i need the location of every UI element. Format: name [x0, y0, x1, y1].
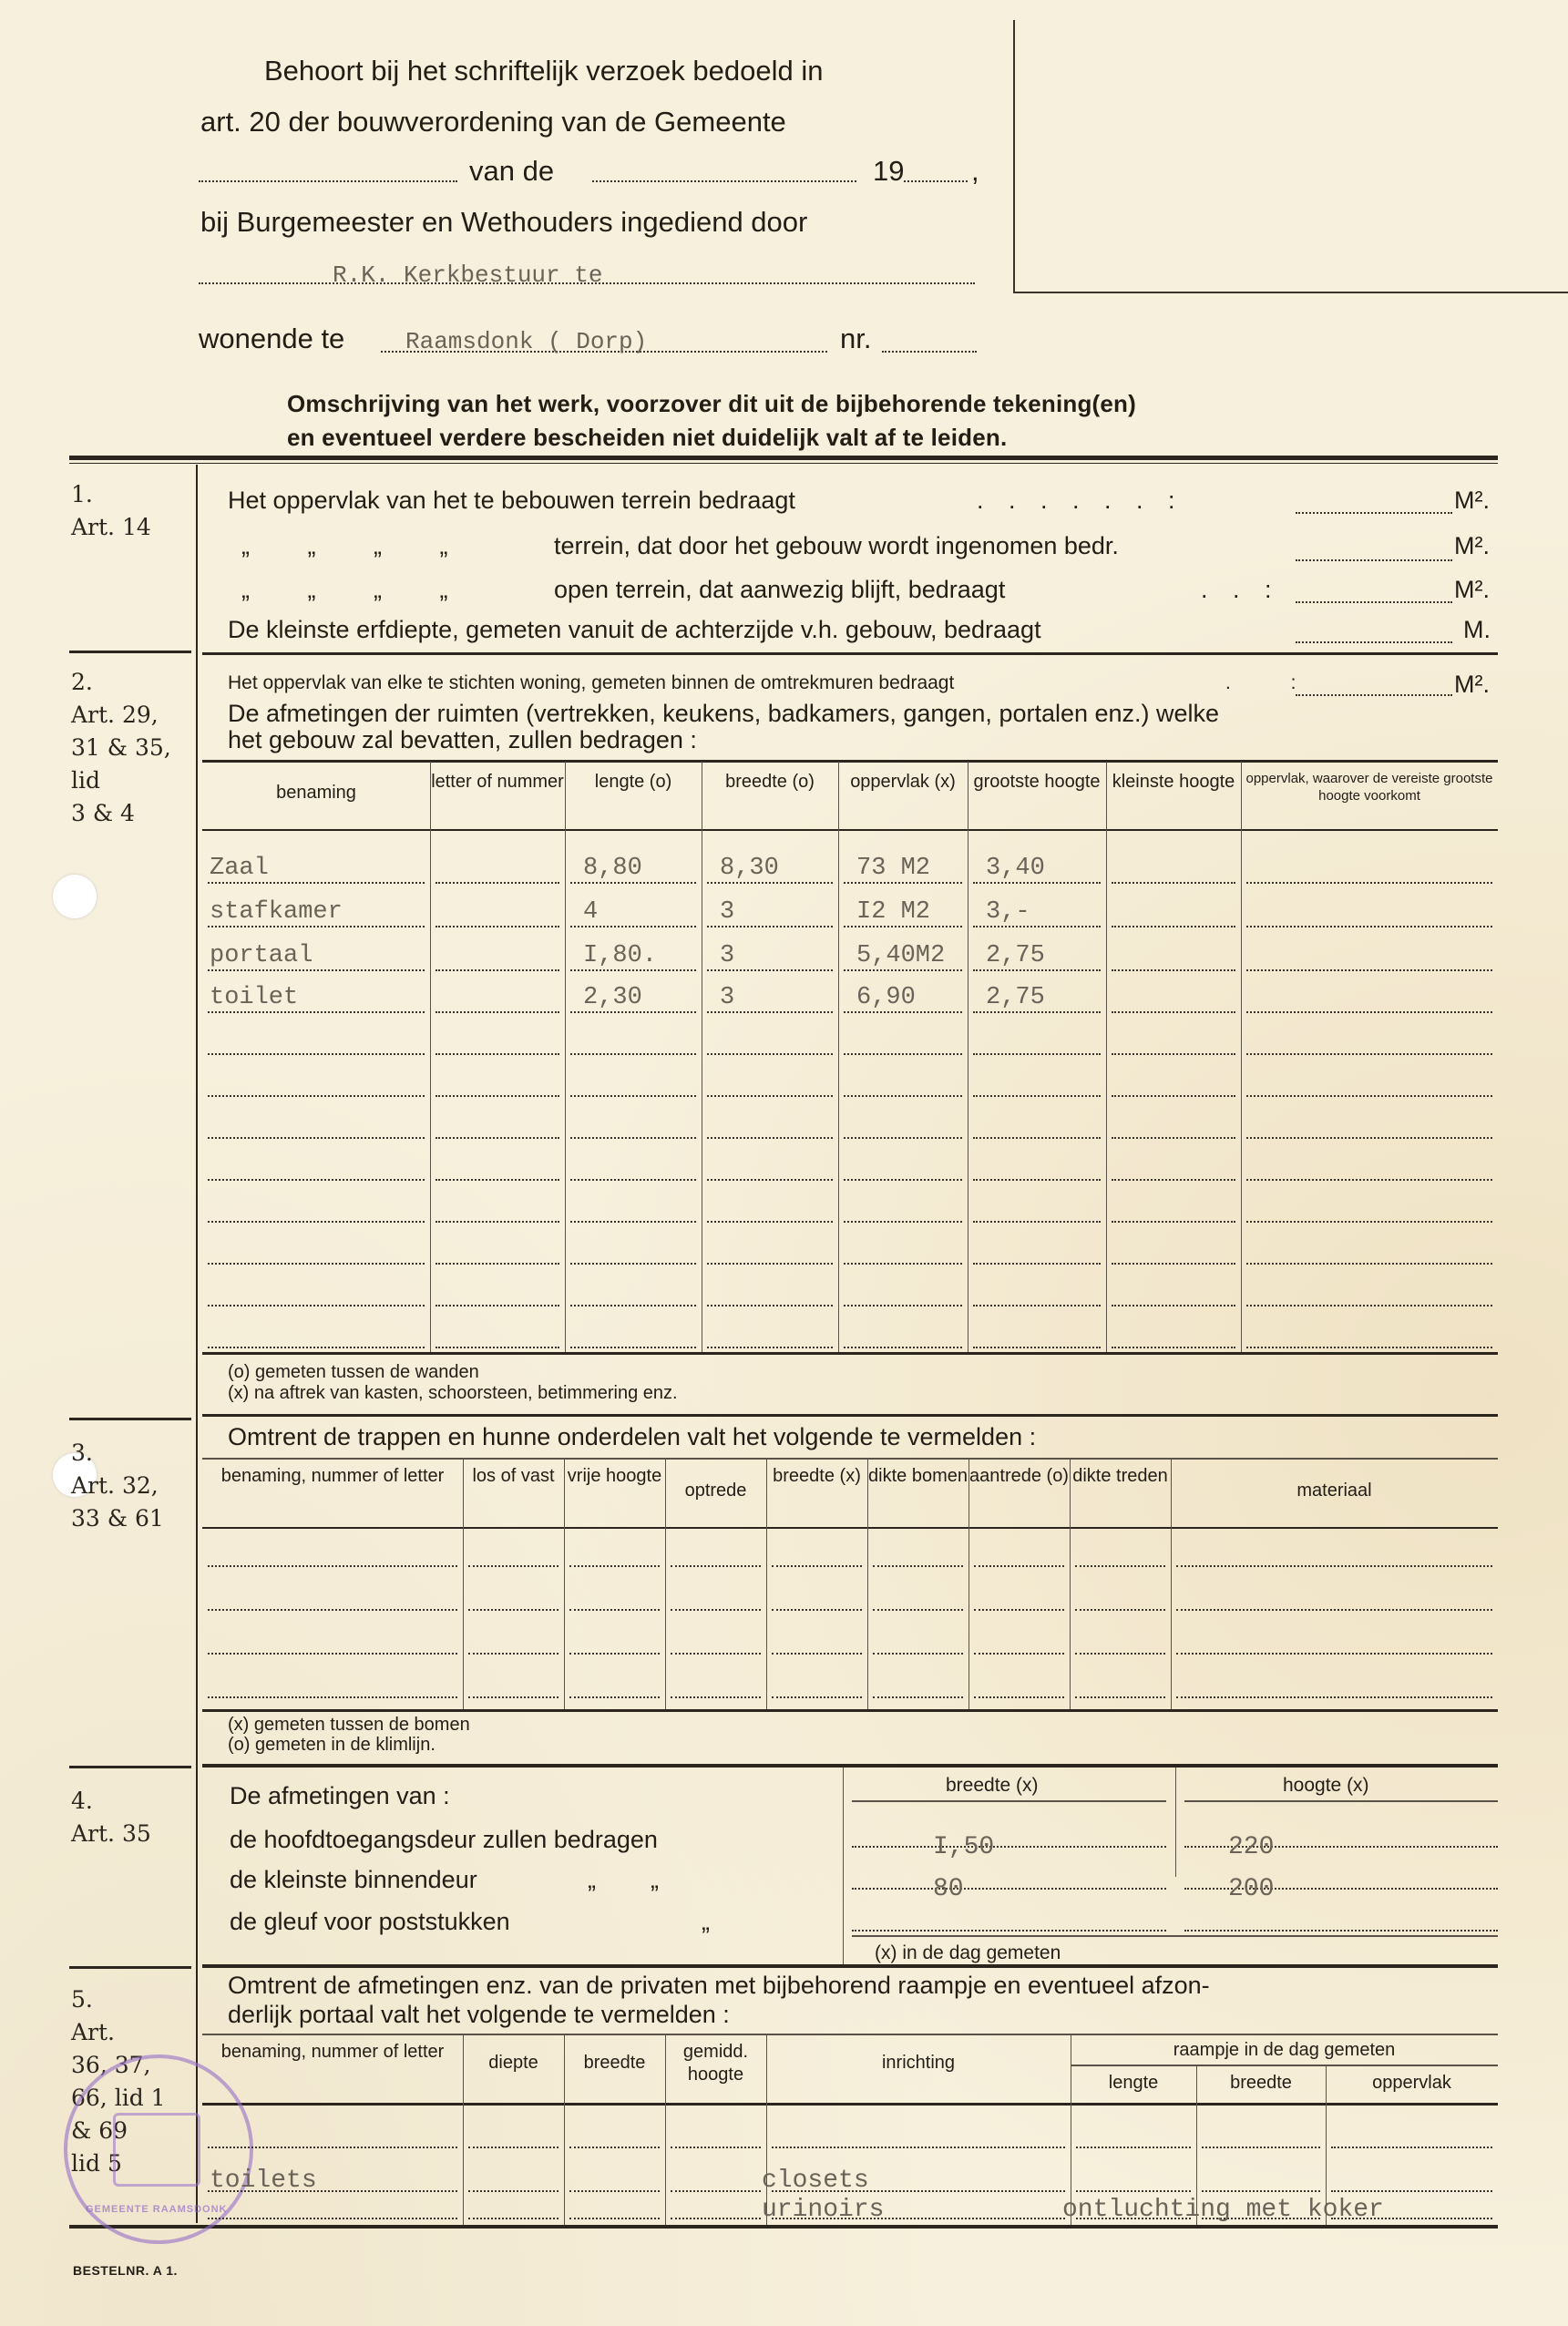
section-3-article-2: 33 & 61 [71, 1501, 164, 1535]
privies-cell-field[interactable] [468, 2218, 559, 2219]
rooms-cell-field[interactable] [973, 1221, 1101, 1223]
stairs-cell-field[interactable] [974, 1653, 1064, 1655]
rooms-table-header-rule [202, 829, 1498, 831]
stairs-cell-field[interactable] [208, 1653, 457, 1655]
rooms-cell-field[interactable] [1246, 969, 1492, 971]
rooms-cell-field[interactable] [973, 1179, 1101, 1181]
s1-row4-unit: M. [1463, 616, 1491, 644]
stairs-cell-field[interactable] [569, 1653, 660, 1655]
rooms-col-header: oppervlak (x) [838, 771, 968, 794]
rooms-cell-field[interactable] [208, 1263, 425, 1265]
rooms-cell-value: 73 M2 [856, 855, 930, 882]
stairs-cell-field[interactable] [1075, 1609, 1165, 1611]
privies-cell-field[interactable] [671, 2218, 761, 2219]
rooms-cell-field[interactable] [707, 1347, 833, 1348]
s5-title-2: derlijk portaal valt het volgende te ver… [228, 2001, 730, 2029]
stairs-cell-field[interactable] [974, 1696, 1064, 1698]
stairs-col-header: vrije hoogte [564, 1465, 665, 1488]
s4-col-divider [1175, 1768, 1176, 1877]
rooms-cell-field[interactable] [570, 1011, 696, 1013]
stairs-table-bottom [202, 1709, 1498, 1712]
rooms-col-divider [838, 762, 839, 1352]
rooms-cell-field[interactable] [707, 1221, 833, 1223]
rooms-cell-field[interactable] [1112, 1305, 1235, 1306]
comma: , [971, 157, 979, 185]
s1-row3-ditto: „ „ „ „ [241, 576, 473, 604]
rooms-cell-field[interactable] [844, 1305, 962, 1306]
date-year-field[interactable] [904, 180, 968, 182]
residence-value: Raamsdonk ( Dorp) [405, 328, 647, 355]
reserved-box [1013, 20, 1568, 293]
rooms-col-divider [430, 762, 431, 1352]
divider [202, 1414, 1498, 1417]
s4-main-door-height-value: 220 [1228, 1833, 1274, 1861]
stairs-cell-field[interactable] [772, 1696, 862, 1698]
s2-dwelling-area-field[interactable] [1296, 694, 1452, 696]
rooms-cell-field[interactable] [1246, 1263, 1492, 1265]
rooms-cell-field[interactable] [436, 1221, 559, 1223]
rooms-cell-value: 8,80 [583, 855, 642, 882]
rooms-cell-field[interactable] [570, 969, 696, 971]
rooms-cell-field[interactable] [973, 1053, 1101, 1055]
privies-inrichting-value: urinoirs [762, 2196, 884, 2224]
section-2-number: 2. [71, 665, 93, 699]
privies-cell-field[interactable] [1331, 2147, 1492, 2148]
description-title-line-2: en eventueel verdere bescheiden niet dui… [287, 424, 1007, 452]
rooms-col-divider [968, 762, 968, 1352]
divider [69, 1766, 191, 1768]
rooms-cell-value: 3 [720, 942, 734, 969]
rooms-cell-value: 3,40 [986, 855, 1045, 882]
rooms-cell-field[interactable] [1112, 926, 1235, 927]
rooms-cell-value: I,80. [583, 942, 657, 969]
rooms-cell-field[interactable] [1112, 969, 1235, 971]
privies-cell-field[interactable] [1331, 2190, 1492, 2192]
rooms-cell-field[interactable] [844, 882, 962, 884]
rooms-cell-field[interactable] [1246, 1179, 1492, 1181]
rooms-cell-field[interactable] [973, 1347, 1101, 1348]
rooms-cell-field[interactable] [1112, 1053, 1235, 1055]
section-2-article-1: Art. 29, [71, 698, 159, 732]
stairs-cell-field[interactable] [873, 1653, 963, 1655]
privies-cell-field[interactable] [671, 2190, 761, 2192]
privies-cell-field[interactable] [1202, 2190, 1320, 2192]
stairs-cell-field[interactable] [772, 1653, 862, 1655]
rooms-cell-field[interactable] [1246, 1221, 1492, 1223]
rooms-cell-field[interactable] [436, 1053, 559, 1055]
privies-cell-field[interactable] [1076, 2190, 1191, 2192]
rooms-cell-field[interactable] [707, 926, 833, 927]
privies-cell-field[interactable] [569, 2218, 660, 2219]
rooms-cell-field[interactable] [1246, 1347, 1492, 1348]
rooms-cell-field[interactable] [208, 1179, 425, 1181]
divider [202, 652, 1498, 655]
privies-raampje-value: ontluchting met koker [1062, 2196, 1384, 2224]
rooms-cell-value: toilet [210, 984, 298, 1011]
s3-footnote-o: (o) gemeten in de klimlijn. [228, 1735, 436, 1756]
s2-dwelling-area-text: Het oppervlak van elke te stichten wonin… [228, 672, 954, 694]
rooms-cell-field[interactable] [707, 969, 833, 971]
rooms-cell-field[interactable] [844, 926, 962, 927]
s4-row3-ditto: „ [702, 1908, 710, 1936]
privies-subcol-header: breedte [1196, 2072, 1326, 2095]
privies-subcol-header: oppervlak [1326, 2072, 1498, 2095]
rooms-col-header: lengte (o) [565, 771, 702, 794]
rooms-cell-field[interactable] [570, 882, 696, 884]
rooms-cell-field[interactable] [707, 882, 833, 884]
privies-cell-field[interactable] [468, 2147, 559, 2148]
rooms-cell-field[interactable] [436, 1095, 559, 1097]
stairs-cell-field[interactable] [873, 1696, 963, 1698]
rooms-cell-field[interactable] [844, 1011, 962, 1013]
privies-col-header: gemidd. hoogte [665, 2041, 766, 2086]
privies-group-rule [1071, 2065, 1498, 2066]
rooms-cell-field[interactable] [436, 1347, 559, 1348]
s4-inner-door-height-value: 200 [1228, 1875, 1274, 1903]
privies-table-top [202, 2034, 1498, 2035]
s1-row3-unit: M². [1454, 576, 1490, 604]
stairs-col-header: aantrede (o) [968, 1465, 1070, 1488]
rooms-cell-value: portaal [210, 942, 313, 969]
rooms-cell-field[interactable] [570, 1347, 696, 1348]
rooms-cell-field[interactable] [707, 1263, 833, 1265]
s4-row3-label: de gleuf voor poststukken [230, 1908, 510, 1936]
stairs-col-header: dikte treden [1070, 1465, 1171, 1488]
s1-row2-unit: M². [1454, 532, 1490, 560]
rooms-cell-field[interactable] [707, 1011, 833, 1013]
stairs-cell-field[interactable] [208, 1565, 457, 1567]
rooms-cell-field[interactable] [844, 1053, 962, 1055]
rooms-cell-field[interactable] [707, 1095, 833, 1097]
s4-row2-ditto: „ „ [588, 1866, 659, 1894]
stairs-cell-field[interactable] [873, 1609, 963, 1611]
rooms-cell-field[interactable] [208, 882, 425, 884]
rooms-cell-value: 2,30 [583, 984, 642, 1011]
stairs-col-divider [463, 1458, 464, 1709]
rooms-cell-field[interactable] [436, 1179, 559, 1181]
stairs-cell-field[interactable] [974, 1565, 1064, 1567]
stairs-cell-field[interactable] [1075, 1653, 1165, 1655]
rooms-cell-field[interactable] [436, 1305, 559, 1306]
rooms-cell-field[interactable] [844, 1221, 962, 1223]
stairs-cell-field[interactable] [208, 1609, 457, 1611]
stairs-col-header: optrede [665, 1480, 766, 1502]
s4-row2-label: de kleinste binnendeur [230, 1866, 477, 1894]
stairs-col-header: dikte bomen [867, 1465, 968, 1488]
rooms-cell-value: 4 [583, 898, 598, 926]
rooms-cell-field[interactable] [570, 1179, 696, 1181]
rooms-cell-field[interactable] [208, 1011, 425, 1013]
rooms-cell-field[interactable] [707, 1137, 833, 1139]
rooms-cell-field[interactable] [1246, 882, 1492, 884]
s4-letterbox-width[interactable] [852, 1930, 1166, 1932]
rooms-cell-field[interactable] [436, 1011, 559, 1013]
stairs-cell-field[interactable] [772, 1609, 862, 1611]
rooms-cell-field[interactable] [844, 1347, 962, 1348]
rooms-cell-field[interactable] [208, 926, 425, 927]
s2-intro-line-3: het gebouw zal bevatten, zullen bedragen… [228, 726, 697, 754]
s3-title: Omtrent de trappen en hunne onderdelen v… [228, 1423, 1036, 1451]
rooms-cell-field[interactable] [570, 1137, 696, 1139]
rooms-cell-field[interactable] [208, 1137, 425, 1139]
stairs-cell-field[interactable] [1075, 1696, 1165, 1698]
stairs-cell-field[interactable] [1176, 1609, 1492, 1611]
privies-cell-field[interactable] [1076, 2147, 1191, 2148]
header-line-4: bij Burgemeester en Wethouders ingediend… [200, 208, 807, 236]
s3-footnote-x: (x) gemeten tussen de bomen [228, 1715, 470, 1736]
rooms-cell-field[interactable] [844, 1179, 962, 1181]
rooms-cell-field[interactable] [973, 926, 1101, 927]
residence-label: wonende te [199, 324, 344, 353]
s4-header-rule [1184, 1800, 1498, 1802]
privies-cell-field[interactable] [569, 2190, 660, 2192]
privies-group-header: raampje in de dag gemeten [1071, 2039, 1498, 2062]
rooms-cell-field[interactable] [973, 1263, 1101, 1265]
stairs-col-divider [968, 1458, 969, 1709]
privies-col-header: benaming, nummer of letter [202, 2041, 463, 2064]
rooms-cell-field[interactable] [208, 1305, 425, 1306]
divider [202, 1964, 1498, 1968]
section-1-article: Art. 14 [71, 510, 151, 544]
rooms-cell-field[interactable] [570, 926, 696, 927]
rooms-cell-field[interactable] [436, 1137, 559, 1139]
section-3-number: 3. [71, 1436, 93, 1470]
s1-depth-field[interactable] [1296, 641, 1452, 643]
section-4-article: Art. 35 [71, 1817, 151, 1850]
stairs-cell-field[interactable] [569, 1565, 660, 1567]
rooms-cell-field[interactable] [973, 969, 1101, 971]
header-line-2: art. 20 der bouwverordening van de Gemee… [200, 108, 786, 136]
rooms-cell-field[interactable] [208, 1347, 425, 1348]
s1-row1-leader: . . . . . . : [977, 487, 1184, 515]
rooms-cell-field[interactable] [973, 1137, 1101, 1139]
header-van-de: van de [469, 157, 554, 185]
stairs-cell-field[interactable] [569, 1609, 660, 1611]
privies-col-header: breedte [564, 2052, 665, 2075]
s2-footnote-x: (x) na aftrek van kasten, schoorsteen, b… [228, 1383, 678, 1404]
rooms-cell-field[interactable] [1112, 1011, 1235, 1013]
rooms-cell-field[interactable] [973, 1095, 1101, 1097]
stairs-table-top [202, 1458, 1498, 1460]
rooms-cell-field[interactable] [570, 1095, 696, 1097]
privies-cell-field[interactable] [772, 2147, 1065, 2148]
divider [69, 651, 191, 653]
rooms-col-header: kleinste hoogte [1106, 771, 1241, 794]
rooms-cell-field[interactable] [1246, 1095, 1492, 1097]
privies-cell-field[interactable] [569, 2147, 660, 2148]
rooms-cell-field[interactable] [1112, 1347, 1235, 1348]
order-number: BESTELNR. A 1. [73, 2263, 178, 2278]
header-year-prefix: 19 [873, 157, 904, 185]
stairs-cell-field[interactable] [671, 1609, 761, 1611]
rooms-cell-field[interactable] [208, 1221, 425, 1223]
number-field[interactable] [882, 351, 977, 353]
s1-row3-text: open terrein, dat aanwezig blijft, bedra… [554, 576, 1005, 604]
privies-cell-field[interactable] [208, 2218, 457, 2219]
stairs-cell-field[interactable] [873, 1565, 963, 1567]
s1-open-area-field[interactable] [1296, 601, 1452, 603]
s4-main-door-width-value: I,50 [933, 1833, 994, 1861]
rooms-cell-field[interactable] [208, 969, 425, 971]
stamp-text: GEMEENTE RAAMSDONK [86, 2204, 228, 2215]
stairs-col-header: los of vast [463, 1465, 564, 1488]
rooms-col-header: oppervlak, waarover de vereiste grootste… [1241, 771, 1498, 805]
stairs-col-header: materiaal [1171, 1480, 1498, 1502]
rooms-cell-field[interactable] [844, 1095, 962, 1097]
punch-hole [53, 875, 97, 918]
rooms-col-divider [702, 762, 702, 1352]
rooms-cell-field[interactable] [707, 1053, 833, 1055]
stairs-cell-field[interactable] [468, 1565, 559, 1567]
applicant-value: R.K. Kerkbestuur te [333, 261, 602, 289]
privies-cell-field[interactable] [468, 2190, 559, 2192]
divider [202, 1764, 1498, 1768]
stairs-col-header: breedte (x) [766, 1465, 867, 1488]
margin-rule [196, 465, 198, 2223]
rooms-cell-field[interactable] [1246, 1011, 1492, 1013]
stairs-col-divider [867, 1458, 868, 1709]
rooms-cell-field[interactable] [436, 1263, 559, 1265]
rooms-cell-field[interactable] [1112, 1179, 1235, 1181]
rooms-cell-field[interactable] [1112, 1263, 1235, 1265]
privies-table-bottom [69, 2225, 1498, 2229]
s4-inner-door-width[interactable] [852, 1888, 1166, 1890]
date-month-field[interactable] [592, 180, 856, 182]
rooms-cell-value: 2,75 [986, 942, 1045, 969]
privies-cell-field[interactable] [671, 2147, 761, 2148]
rooms-cell-field[interactable] [570, 1263, 696, 1265]
municipal-stamp: GEMEENTE RAAMSDONK [64, 2054, 253, 2244]
stairs-cell-field[interactable] [772, 1565, 862, 1567]
s1-row2-ditto: „ „ „ „ [241, 532, 473, 560]
privies-cell-field[interactable] [1202, 2147, 1320, 2148]
description-title-line-1: Omschrijving van het werk, voorzover dit… [287, 390, 1136, 418]
rooms-cell-field[interactable] [844, 1137, 962, 1139]
stairs-cell-field[interactable] [569, 1696, 660, 1698]
rooms-cell-field[interactable] [1246, 926, 1492, 927]
rooms-cell-field[interactable] [973, 1011, 1101, 1013]
rooms-cell-field[interactable] [208, 1095, 425, 1097]
divider [69, 1418, 191, 1420]
section-5-article-1: Art. [71, 2015, 115, 2049]
date-day-field[interactable] [199, 180, 457, 182]
s4-inner-door-width-value: 80 [933, 1875, 964, 1903]
section-2-article-2: 31 & 35, [71, 731, 171, 764]
rooms-cell-field[interactable] [1246, 1305, 1492, 1306]
stairs-cell-field[interactable] [671, 1696, 761, 1698]
rooms-cell-value: 3 [720, 898, 734, 926]
rooms-cell-value: 6,90 [856, 984, 916, 1011]
s4-table-bottom [852, 1935, 1498, 1937]
stairs-cell-field[interactable] [671, 1653, 761, 1655]
stairs-cell-field[interactable] [468, 1653, 559, 1655]
stairs-cell-field[interactable] [1176, 1653, 1492, 1655]
s2-intro-line-2: De afmetingen der ruimten (vertrekken, k… [228, 700, 1219, 728]
stairs-cell-field[interactable] [1176, 1696, 1492, 1698]
rooms-cell-field[interactable] [570, 1053, 696, 1055]
rooms-cell-value: 3 [720, 984, 734, 1011]
s1-row1-unit: M². [1454, 487, 1490, 515]
s4-col-breedte: breedte (x) [946, 1775, 1039, 1797]
stairs-cell-field[interactable] [208, 1696, 457, 1698]
stairs-cell-field[interactable] [468, 1696, 559, 1698]
rooms-cell-field[interactable] [570, 1305, 696, 1306]
s1-terrain-area-field[interactable] [1296, 512, 1452, 514]
privies-table-header-rule [202, 2103, 1498, 2106]
rooms-cell-field[interactable] [844, 1263, 962, 1265]
rooms-cell-field[interactable] [707, 1179, 833, 1181]
s4-main-door-width[interactable] [852, 1846, 1166, 1848]
privies-cell-field[interactable] [208, 2147, 457, 2148]
privies-col-header: inrichting [766, 2052, 1071, 2075]
rooms-cell-field[interactable] [973, 1305, 1101, 1306]
rooms-cell-field[interactable] [1246, 1053, 1492, 1055]
section-1-number: 1. [71, 477, 93, 511]
rooms-col-header: letter of nummer [430, 771, 565, 794]
s4-intro: De afmetingen van : [230, 1782, 450, 1810]
rooms-cell-field[interactable] [1112, 882, 1235, 884]
rooms-cell-value: 8,30 [720, 855, 779, 882]
rooms-cell-field[interactable] [436, 969, 559, 971]
divider [69, 463, 1498, 464]
rooms-cell-value: 2,75 [986, 984, 1045, 1011]
stairs-cell-field[interactable] [671, 1565, 761, 1567]
rooms-cell-field[interactable] [1112, 1095, 1235, 1097]
section-4-number: 4. [71, 1784, 93, 1818]
rooms-col-divider [1241, 762, 1242, 1352]
rooms-cell-value: stafkamer [210, 898, 343, 926]
stairs-cell-field[interactable] [468, 1609, 559, 1611]
s4-header-rule [852, 1800, 1166, 1802]
s2-dwelling-area-leader: . : [1225, 672, 1324, 694]
s4-letterbox-height[interactable] [1184, 1930, 1498, 1932]
privies-benaming-value: toilets [210, 2167, 317, 2195]
privies-subcol-header: lengte [1071, 2072, 1196, 2095]
rooms-col-divider [565, 762, 566, 1352]
privies-col-header: diepte [463, 2052, 564, 2075]
privies-inrichting-value: closets [762, 2167, 869, 2195]
s2-dwelling-area-unit: M². [1454, 671, 1490, 699]
rooms-cell-field[interactable] [436, 882, 559, 884]
rooms-cell-field[interactable] [1246, 1137, 1492, 1139]
rooms-table-bottom [202, 1352, 1498, 1355]
rooms-cell-field[interactable] [208, 1053, 425, 1055]
rooms-cell-field[interactable] [973, 882, 1101, 884]
s1-occupied-area-field[interactable] [1296, 559, 1452, 561]
stairs-cell-field[interactable] [974, 1609, 1064, 1611]
stairs-cell-field[interactable] [1176, 1565, 1492, 1567]
s1-row2-text: terrein, dat door het gebouw wordt ingen… [554, 532, 1119, 560]
rooms-cell-field[interactable] [570, 1221, 696, 1223]
s1-row4-text: De kleinste erfdiepte, gemeten vanuit de… [228, 616, 1041, 644]
stairs-col-divider [1070, 1458, 1071, 1709]
stairs-col-divider [766, 1458, 767, 1709]
rooms-col-header: grootste hoogte [968, 771, 1106, 794]
rooms-cell-field[interactable] [844, 969, 962, 971]
s1-row1-text: Het oppervlak van het te bebouwen terrei… [228, 487, 795, 515]
stamp-crest-icon [113, 2113, 200, 2187]
rooms-cell-field[interactable] [707, 1305, 833, 1306]
stairs-cell-field[interactable] [1075, 1565, 1165, 1567]
rooms-cell-field[interactable] [436, 926, 559, 927]
rooms-cell-field[interactable] [1112, 1137, 1235, 1139]
s5-title-1: Omtrent de afmetingen enz. van de privat… [228, 1972, 1210, 2000]
rooms-col-header: breedte (o) [702, 771, 838, 794]
s4-footnote: (x) in de dag gemeten [875, 1942, 1061, 1964]
rooms-cell-value: I2 M2 [856, 898, 930, 926]
rooms-cell-field[interactable] [1112, 1221, 1235, 1223]
rooms-table-top [202, 760, 1498, 763]
